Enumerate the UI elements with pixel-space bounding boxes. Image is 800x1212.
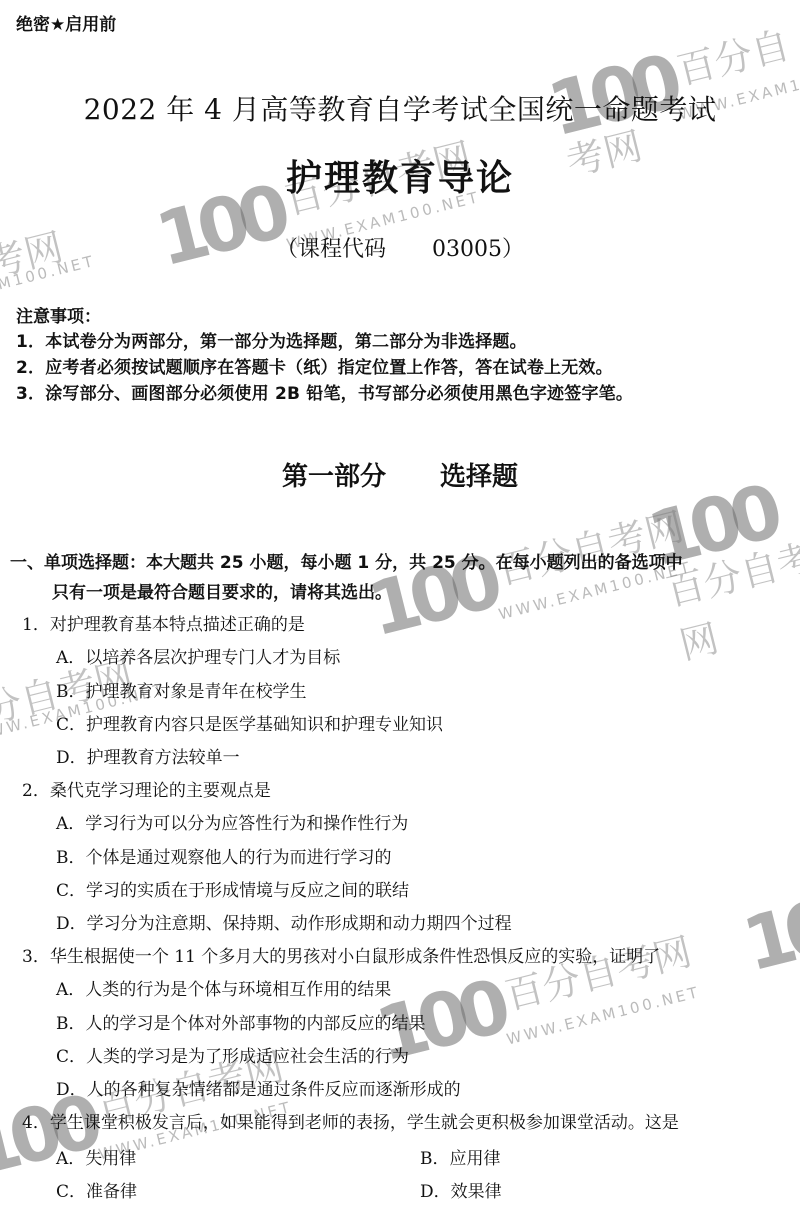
watermark-center-1: 100 百分自考网 WWW.EXAM100.NET xyxy=(360,493,691,654)
question-stem: 3．华生根据使一个 11 个多月大的男孩对小白鼠形成条件性恐惧反应的实验，证明了 xyxy=(22,942,660,967)
part-one-title: 第一部分选择题 xyxy=(0,456,800,493)
question-option: D．护理教育方法较单一 xyxy=(56,743,240,768)
question-option: A．失用律 xyxy=(56,1144,136,1169)
question-option: A．人类的行为是个体与环境相互作用的结果 xyxy=(56,975,391,1000)
subject-title: 护理教育导论 xyxy=(0,150,800,201)
course-code-label: （课程代码 xyxy=(276,237,386,262)
section-one-heading-cont: 只有一项是最符合题目要求的，请将其选出。 xyxy=(52,578,392,603)
course-code: （课程代码03005） xyxy=(0,232,800,263)
watermark-url: WWW.EXAM100.NET xyxy=(505,983,702,1049)
notice-item: 3．涂写部分、画图部分必须使用 2B 铅笔，书写部分必须使用黑色字迹签字笔。 xyxy=(16,379,633,404)
question-option: D．人的各种复杂情绪都是通过条件反应而逐渐形成的 xyxy=(56,1075,461,1100)
question-option: B．人的学习是个体对外部事物的内部反应的结果 xyxy=(56,1009,426,1034)
question-option: C．护理教育内容只是医学基础知识和护理专业知识 xyxy=(56,710,443,735)
question-option: A．以培养各层次护理专门人才为目标 xyxy=(56,643,340,668)
confidential-mark: 绝密★启用前 xyxy=(16,10,116,35)
watermark-left-edge: 百分自考网 WWW.EXAM100.NET xyxy=(0,216,68,315)
notice-item: 1．本试卷分为两部分，第一部分为选择题，第二部分为非选择题。 xyxy=(16,327,527,352)
notice-heading: 注意事项： xyxy=(16,302,101,327)
watermark-lower-right: 100 xyxy=(735,875,800,989)
question-option: A．学习行为可以分为应答性行为和操作性行为 xyxy=(56,809,408,834)
question-option: B．应用律 xyxy=(420,1144,501,1169)
question-option: D．学习分为注意期、保持期、动作形成期和动力期四个过程 xyxy=(56,909,512,934)
section-one-heading: 一、单项选择题：本大题共 25 小题，每小题 1 分，共 25 分。在每小题列出… xyxy=(10,548,683,573)
course-code-value: 03005） xyxy=(432,237,524,262)
question-stem: 2．桑代克学习理论的主要观点是 xyxy=(22,776,271,801)
part-one-title-left: 第一部分 xyxy=(282,462,386,492)
question-option: B．个体是通过观察他人的行为而进行学习的 xyxy=(56,843,392,868)
notice-item: 2．应考者必须按试题顺序在答题卡（纸）指定位置上作答，答在试卷上无效。 xyxy=(16,353,613,378)
watermark-logo-number: 100 xyxy=(735,875,800,989)
question-option: C．学习的实质在于形成情境与反应之间的联结 xyxy=(56,876,409,901)
question-option: C．准备律 xyxy=(56,1177,137,1202)
watermark-mid-right: 100 百分自考网 xyxy=(640,461,800,690)
part-one-title-right: 选择题 xyxy=(440,462,518,492)
question-option: B．护理教育对象是青年在校学生 xyxy=(56,677,307,702)
exam-paper-page: 100 百分自考网 WWW.EXAM100.NET 100 百分自考网 WWW.… xyxy=(0,0,800,1212)
exam-title: 2022 年 4 月高等教育自学考试全国统一命题考试 xyxy=(0,88,800,128)
question-option: D．效果律 xyxy=(420,1177,502,1202)
question-stem: 4．学生课堂积极发言后，如果能得到老师的表扬，学生就会更积极参加课堂活动。这是 xyxy=(22,1108,679,1133)
question-option: C．人类的学习是为了形成适应社会生活的行为 xyxy=(56,1042,409,1067)
question-stem: 1．对护理教育基本特点描述正确的是 xyxy=(22,610,305,635)
